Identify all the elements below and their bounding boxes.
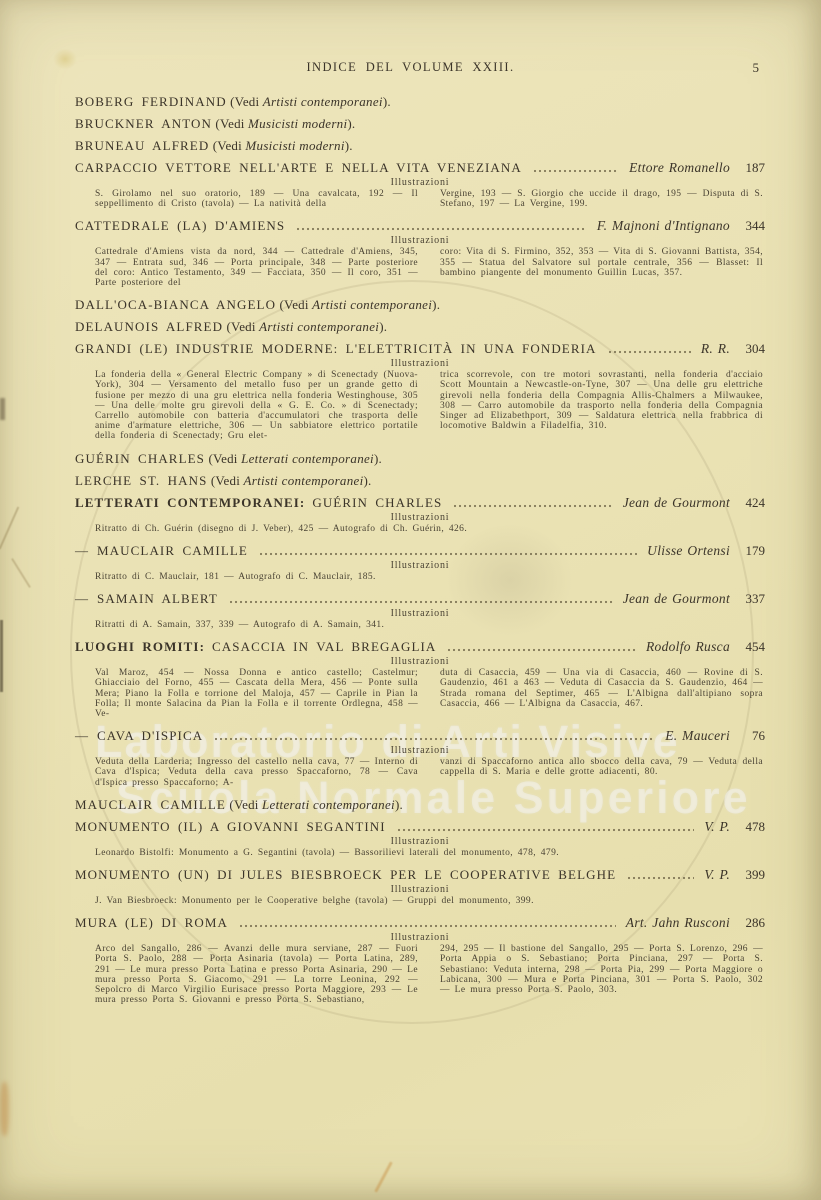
entry-title: SAMAIN ALBERT xyxy=(97,591,218,606)
index-entry: GRANDI (LE) INDUSTRIE MODERNE: L'ELETTRI… xyxy=(75,341,765,441)
entry-section-lead: LUOGHI ROMITI: xyxy=(75,639,205,654)
index-body: BOBERG FERDINAND (Vedi Artisti contempor… xyxy=(75,94,765,1015)
index-entry: MAUCLAIR CAMILLE (Vedi Letterati contemp… xyxy=(75,797,765,812)
index-entry: CARPACCIO VETTORE NELL'ARTE E NELLA VITA… xyxy=(75,160,765,209)
entry-title: DALL'OCA-BIANCA ANGELO xyxy=(75,297,276,312)
illustrations-right-column: duta di Casaccia, 459 — Una via di Casac… xyxy=(440,668,763,719)
see-reference: Letterati contemporanei xyxy=(262,797,395,812)
index-entry: BOBERG FERDINAND (Vedi Artisti contempor… xyxy=(75,94,765,109)
dotted-leader xyxy=(448,648,636,652)
entry-page-ref: 344 xyxy=(737,218,765,233)
illustrations-list: S. Girolamo nel suo oratorio, 189 — Una … xyxy=(75,189,765,209)
edge-mark xyxy=(0,620,3,692)
illustrations-line: Ritratto di C. Mauclair, 181 — Autografo… xyxy=(95,572,763,582)
entry-line: — SAMAIN ALBERT Jean de Gourmont 337 xyxy=(75,591,765,606)
illustrations-label: Illustrazioni xyxy=(75,836,765,847)
illustrations-list: Cattedrale d'Amiens vista da nord, 344 —… xyxy=(75,247,765,288)
index-entry: GUÉRIN CHARLES (Vedi Letterati contempor… xyxy=(75,451,765,466)
see-reference: Musicisti moderni xyxy=(248,116,347,131)
entry-author: Rodolfo Rusca xyxy=(646,639,730,654)
see-suffix: ). xyxy=(347,116,355,131)
dotted-leader xyxy=(260,552,637,556)
entry-page-ref: 179 xyxy=(737,543,765,558)
entry-line: GRANDI (LE) INDUSTRIE MODERNE: L'ELETTRI… xyxy=(75,341,765,356)
illustrations-left-column: Arco del Sangallo, 286 — Avanzi delle mu… xyxy=(95,944,418,1005)
dotted-leader xyxy=(628,876,694,880)
entry-title: BRUNEAU ALFRED xyxy=(75,138,209,153)
illustrations-line: Ritratti di A. Samain, 337, 339 — Autogr… xyxy=(95,620,763,630)
entry-dash: — xyxy=(75,591,88,606)
entry-author: R. R. xyxy=(701,341,730,356)
entry-page-ref: 76 xyxy=(737,728,765,743)
index-entry: BRUNEAU ALFRED (Vedi Musicisti moderni). xyxy=(75,138,765,153)
entry-line: — CAVA D'ISPICA E. Mauceri 76 xyxy=(75,728,765,743)
illustrations-right-column: 294, 295 — Il bastione del Sangallo, 295… xyxy=(440,944,763,1005)
dotted-leader xyxy=(454,504,612,508)
entry-dash: — xyxy=(75,728,88,743)
illustrations-left-column: La fonderia della « General Electric Com… xyxy=(95,370,418,441)
entry-title: MAUCLAIR CAMILLE xyxy=(97,543,248,558)
illustrations-list: La fonderia della « General Electric Com… xyxy=(75,370,765,441)
entry-title: BRUCKNER ANTON xyxy=(75,116,212,131)
illustrations-list: Leonardo Bistolfi: Monumento a G. Segant… xyxy=(75,848,765,858)
entry-title: BOBERG FERDINAND xyxy=(75,94,227,109)
index-entry: MONUMENTO (UN) DI JULES BIESBROECK PER L… xyxy=(75,867,765,906)
see-prefix: (Vedi xyxy=(212,116,248,131)
dotted-leader xyxy=(230,600,613,604)
index-entry: MURA (LE) DI ROMA Art. Jahn Rusconi 286 … xyxy=(75,915,765,1005)
entry-title: CASACCIA IN VAL BREGAGLIA xyxy=(212,639,436,654)
illustrations-left-column: Veduta della Larderia; Ingresso del cast… xyxy=(95,757,418,788)
entry-author: E. Mauceri xyxy=(665,728,730,743)
entry-page-ref: 286 xyxy=(737,915,765,930)
see-reference: Artisti contemporanei xyxy=(243,473,363,488)
dotted-leader xyxy=(609,350,691,354)
illustrations-list: Ritratti di A. Samain, 337, 339 — Autogr… xyxy=(75,620,765,630)
ink-smudge xyxy=(374,1161,393,1192)
see-prefix: (Vedi xyxy=(227,94,263,109)
illustrations-left-column: Val Maroz, 454 — Nossa Donna e antico ca… xyxy=(95,668,418,719)
entry-page-ref: 187 xyxy=(737,160,765,175)
entry-line: CATTEDRALE (LA) D'AMIENS F. Majnoni d'In… xyxy=(75,218,765,233)
index-entry: MONUMENTO (IL) A GIOVANNI SEGANTINI V. P… xyxy=(75,819,765,858)
illustrations-right-column: coro: Vita di S. Firmino, 352, 353 — Vit… xyxy=(440,247,763,288)
illustrations-list: J. Van Biesbroeck: Monumento per le Coop… xyxy=(75,896,765,906)
entry-title: GUÉRIN CHARLES xyxy=(75,451,205,466)
entry-line: MONUMENTO (UN) DI JULES BIESBROECK PER L… xyxy=(75,867,765,882)
see-suffix: ). xyxy=(383,94,391,109)
scanned-index-page: Laboratorio di Arti Visive Scuola Normal… xyxy=(0,0,821,1200)
entry-dash: — xyxy=(75,543,88,558)
index-entry: — SAMAIN ALBERT Jean de Gourmont 337 Ill… xyxy=(75,591,765,630)
see-suffix: ). xyxy=(379,319,387,334)
illustrations-label: Illustrazioni xyxy=(75,932,765,943)
entry-title: GUÉRIN CHARLES xyxy=(312,495,442,510)
entry-author: V. P. xyxy=(704,819,730,834)
entry-line: LUOGHI ROMITI: CASACCIA IN VAL BREGAGLIA… xyxy=(75,639,765,654)
entry-page-ref: 304 xyxy=(737,341,765,356)
entry-author: Art. Jahn Rusconi xyxy=(626,915,730,930)
see-prefix: (Vedi xyxy=(223,319,259,334)
see-suffix: ). xyxy=(395,797,403,812)
index-entry: DELAUNOIS ALFRED (Vedi Artisti contempor… xyxy=(75,319,765,334)
see-reference: Artisti contemporanei xyxy=(259,319,379,334)
entry-title: CATTEDRALE (LA) D'AMIENS xyxy=(75,218,285,233)
see-reference: Artisti contemporanei xyxy=(263,94,383,109)
entry-title: MAUCLAIR CAMILLE xyxy=(75,797,226,812)
page-number: 5 xyxy=(753,60,760,76)
illustrations-list: Ritratto di C. Mauclair, 181 — Autografo… xyxy=(75,572,765,582)
entry-title: MURA (LE) DI ROMA xyxy=(75,915,228,930)
illustrations-label: Illustrazioni xyxy=(75,512,765,523)
entry-title: DELAUNOIS ALFRED xyxy=(75,319,223,334)
dotted-leader xyxy=(215,737,655,741)
index-entry: LERCHE ST. HANS (Vedi Artisti contempora… xyxy=(75,473,765,488)
see-suffix: ). xyxy=(432,297,440,312)
pencil-mark xyxy=(0,507,19,550)
illustrations-right-column: Vergine, 193 — S. Giorgio che uccide il … xyxy=(440,189,763,209)
index-entry: LETTERATI CONTEMPORANEI: GUÉRIN CHARLES … xyxy=(75,495,765,534)
entry-author: Jean de Gourmont xyxy=(623,591,730,606)
entry-title: LERCHE ST. HANS xyxy=(75,473,207,488)
page-header: INDICE DEL VOLUME XXIII. 5 xyxy=(0,60,821,75)
entry-author: F. Majnoni d'Intignano xyxy=(597,218,730,233)
entry-line: — MAUCLAIR CAMILLE Ulisse Ortensi 179 xyxy=(75,543,765,558)
illustrations-list: Ritratto di Ch. Guérin (disegno di J. Ve… xyxy=(75,524,765,534)
see-reference: Letterati contemporanei xyxy=(241,451,374,466)
see-prefix: (Vedi xyxy=(205,451,241,466)
illustrations-left-column: S. Girolamo nel suo oratorio, 189 — Una … xyxy=(95,189,418,209)
entry-line: MURA (LE) DI ROMA Art. Jahn Rusconi 286 xyxy=(75,915,765,930)
edge-stain xyxy=(0,1082,9,1136)
see-suffix: ). xyxy=(374,451,382,466)
entry-page-ref: 424 xyxy=(737,495,765,510)
entry-title: CARPACCIO VETTORE NELL'ARTE E NELLA VITA… xyxy=(75,160,522,175)
index-entry: BRUCKNER ANTON (Vedi Musicisti moderni). xyxy=(75,116,765,131)
illustrations-line: J. Van Biesbroeck: Monumento per le Coop… xyxy=(95,896,763,906)
entry-author: Ettore Romanello xyxy=(629,160,730,175)
entry-author: Jean de Gourmont xyxy=(623,495,730,510)
illustrations-label: Illustrazioni xyxy=(75,235,765,246)
entry-page-ref: 454 xyxy=(737,639,765,654)
dotted-leader xyxy=(297,227,587,231)
entry-title: MONUMENTO (IL) A GIOVANNI SEGANTINI xyxy=(75,819,386,834)
index-entry: CATTEDRALE (LA) D'AMIENS F. Majnoni d'In… xyxy=(75,218,765,288)
page-title: INDICE DEL VOLUME XXIII. xyxy=(0,60,821,75)
index-entry: DALL'OCA-BIANCA ANGELO (Vedi Artisti con… xyxy=(75,297,765,312)
entry-line: LETTERATI CONTEMPORANEI: GUÉRIN CHARLES … xyxy=(75,495,765,510)
index-entry: LUOGHI ROMITI: CASACCIA IN VAL BREGAGLIA… xyxy=(75,639,765,719)
illustrations-right-column: trica scorrevole, con tre motori sovrast… xyxy=(440,370,763,441)
entry-page-ref: 337 xyxy=(737,591,765,606)
edge-mark xyxy=(0,398,5,420)
illustrations-list: Veduta della Larderia; Ingresso del cast… xyxy=(75,757,765,788)
dotted-leader xyxy=(534,169,619,173)
see-suffix: ). xyxy=(345,138,353,153)
entry-line: MONUMENTO (IL) A GIOVANNI SEGANTINI V. P… xyxy=(75,819,765,834)
illustrations-label: Illustrazioni xyxy=(75,560,765,571)
illustrations-label: Illustrazioni xyxy=(75,608,765,619)
entry-page-ref: 399 xyxy=(737,867,765,882)
index-entry: — MAUCLAIR CAMILLE Ulisse Ortensi 179 Il… xyxy=(75,543,765,582)
entry-line: CARPACCIO VETTORE NELL'ARTE E NELLA VITA… xyxy=(75,160,765,175)
see-prefix: (Vedi xyxy=(209,138,245,153)
see-prefix: (Vedi xyxy=(226,797,262,812)
dotted-leader xyxy=(398,828,695,832)
illustrations-line: Ritratto di Ch. Guérin (disegno di J. Ve… xyxy=(95,524,763,534)
illustrations-label: Illustrazioni xyxy=(75,745,765,756)
entry-title: GRANDI (LE) INDUSTRIE MODERNE: L'ELETTRI… xyxy=(75,341,597,356)
illustrations-left-column: Cattedrale d'Amiens vista da nord, 344 —… xyxy=(95,247,418,288)
pencil-mark xyxy=(11,558,31,588)
see-prefix: (Vedi xyxy=(276,297,312,312)
entry-page-ref: 478 xyxy=(737,819,765,834)
dotted-leader xyxy=(240,924,616,928)
illustrations-label: Illustrazioni xyxy=(75,358,765,369)
see-reference: Musicisti moderni xyxy=(245,138,344,153)
entry-author: Ulisse Ortensi xyxy=(647,543,730,558)
entry-title: MONUMENTO (UN) DI JULES BIESBROECK PER L… xyxy=(75,867,616,882)
see-reference: Artisti contemporanei xyxy=(312,297,432,312)
entry-section-lead: LETTERATI CONTEMPORANEI: xyxy=(75,495,305,510)
entry-title: CAVA D'ISPICA xyxy=(97,728,203,743)
illustrations-label: Illustrazioni xyxy=(75,177,765,188)
illustrations-list: Val Maroz, 454 — Nossa Donna e antico ca… xyxy=(75,668,765,719)
entry-author: V. P. xyxy=(704,867,730,882)
see-prefix: (Vedi xyxy=(207,473,243,488)
index-entry: — CAVA D'ISPICA E. Mauceri 76 Illustrazi… xyxy=(75,728,765,788)
see-suffix: ). xyxy=(364,473,372,488)
illustrations-line: Leonardo Bistolfi: Monumento a G. Segant… xyxy=(95,848,763,858)
illustrations-list: Arco del Sangallo, 286 — Avanzi delle mu… xyxy=(75,944,765,1005)
illustrations-label: Illustrazioni xyxy=(75,656,765,667)
illustrations-right-column: vanzi di Spaccaforno antica allo sbocco … xyxy=(440,757,763,788)
illustrations-label: Illustrazioni xyxy=(75,884,765,895)
